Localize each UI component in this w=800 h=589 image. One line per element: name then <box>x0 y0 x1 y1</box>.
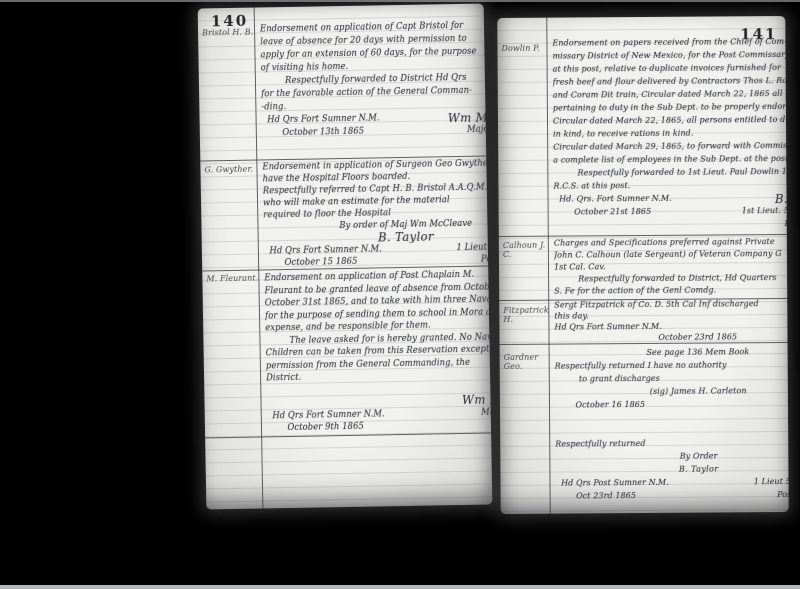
handwritten-line: Sergt Fitzpatrick of Co. D. 5th Cal Inf … <box>554 299 787 312</box>
entry-fitzpatrick: Fitzpatrick H. Sergt Fitzpatrick of Co. … <box>499 298 787 345</box>
handwritten-line-right: 1 Lieut 5th U.S. Inf <box>456 240 488 254</box>
handwritten-line: Post Adjutant <box>554 218 787 233</box>
handwritten-line: S. Fe for the action of the Genl Comdg. <box>554 284 787 298</box>
handwritten-line: Respectfully forwarded to 1st Lieut. Pau… <box>553 166 786 181</box>
handwritten-line: October 21st 18651st Lieut. 5th U.S. Inf <box>554 205 787 220</box>
handwritten-line-left: October 13th 1865 <box>262 126 365 141</box>
entry-body: Endorsement on application of Capt Brist… <box>260 18 486 153</box>
handwritten-line-left: October 9th 1865 <box>267 421 364 435</box>
entry-gardner: Gardner Geo. See page 136 Mem BookRespec… <box>500 342 789 514</box>
handwritten-line-right: 1 Lieut 5th U.S. Inf <box>754 476 789 490</box>
handwritten-line-right: Wm McCleave <box>448 109 487 124</box>
scanner-edge-top <box>0 0 800 2</box>
entry-fleurant: M. Fleurant. Endorsement on application … <box>202 266 491 439</box>
handwritten-line-right: Major 1 Cal Cav <box>467 122 486 136</box>
scanner-edge-bottom <box>0 585 800 589</box>
entry-dowlin: Dowlin P. Endorsement on papers received… <box>497 16 787 237</box>
handwritten-line-right: 1st Lieut. 5th U.S. Inf <box>742 205 787 219</box>
ledger-page-141: 141 Dowlin P. Endorsement on papers rece… <box>497 16 788 514</box>
entry-body: Endorsement on application of Post Chapl… <box>264 267 491 434</box>
margin-name: Bristol H. B. <box>202 28 254 38</box>
entry-body: Endorsement in application of Surgeon Ge… <box>262 156 488 269</box>
handwritten-line-left: Hd. Qrs. Fort Sumner N.M. <box>553 193 671 207</box>
handwritten-line-right: Post Adjutant <box>777 489 789 502</box>
margin-name: Dowlin P. <box>501 44 553 53</box>
handwritten-line-left: Hd Qrs Post Sumner N.M. <box>555 477 668 491</box>
handwritten-line: Circular dated March 22, 1865, all perso… <box>553 114 787 129</box>
margin-name: Gardner Geo. <box>504 353 556 371</box>
entry-calhoun: Calhoun J. C. Charges and Specifications… <box>499 234 787 301</box>
handwritten-line-left: October 21st 1865 <box>554 206 652 220</box>
handwritten-line-left: Oct 23rd 1865 <box>556 490 637 504</box>
handwritten-line-left: Hd Qrs Fort Sumner N.M. <box>267 408 385 423</box>
handwritten-line-left: Hd Qrs Fort Sumner N.M. <box>264 243 382 257</box>
margin-name: Calhoun J. C. <box>503 241 555 259</box>
handwritten-line: Hd Qrs Post Sumner N.M.1 Lieut 5th U.S. … <box>555 476 788 491</box>
margin-name: G. Gwyther. <box>204 165 256 175</box>
margin-name: Fitzpatrick H. <box>503 306 555 324</box>
entry-gwyther: G. Gwyther. Endorsement in application o… <box>200 156 488 272</box>
handwritten-line: John C. Calhoun (late Sergeant) of Veter… <box>554 248 787 262</box>
entry-body: See page 136 Mem BookRespectfully return… <box>555 346 789 504</box>
handwritten-line-left: October 16 1865 <box>555 399 645 413</box>
entry-bristol: Bristol H. B. Endorsement on application… <box>198 4 487 162</box>
handwritten-line-right: Post Adjutant <box>481 252 488 265</box>
handwritten-line-right: B. Taylor <box>775 192 787 205</box>
entry-body: Sergt Fitzpatrick of Co. D. 5th Cal Inf … <box>554 299 787 345</box>
handwritten-line: Oct 23rd 1865Post Adjutant <box>556 489 789 504</box>
handwritten-line: Respectfully forwarded to District, Hd Q… <box>554 272 787 286</box>
handwritten-line-right: Maj 1 Cal Cav <box>481 405 491 419</box>
entry-body: Charges and Specifications preferred aga… <box>554 236 787 298</box>
ledger-scan: 140 Bristol H. B. Endorsement on applica… <box>0 0 800 589</box>
entry-body: Endorsement on papers received from the … <box>552 36 786 233</box>
ledger-page-140: 140 Bristol H. B. Endorsement on applica… <box>198 4 493 510</box>
margin-name: M. Fleurant. <box>206 274 258 284</box>
